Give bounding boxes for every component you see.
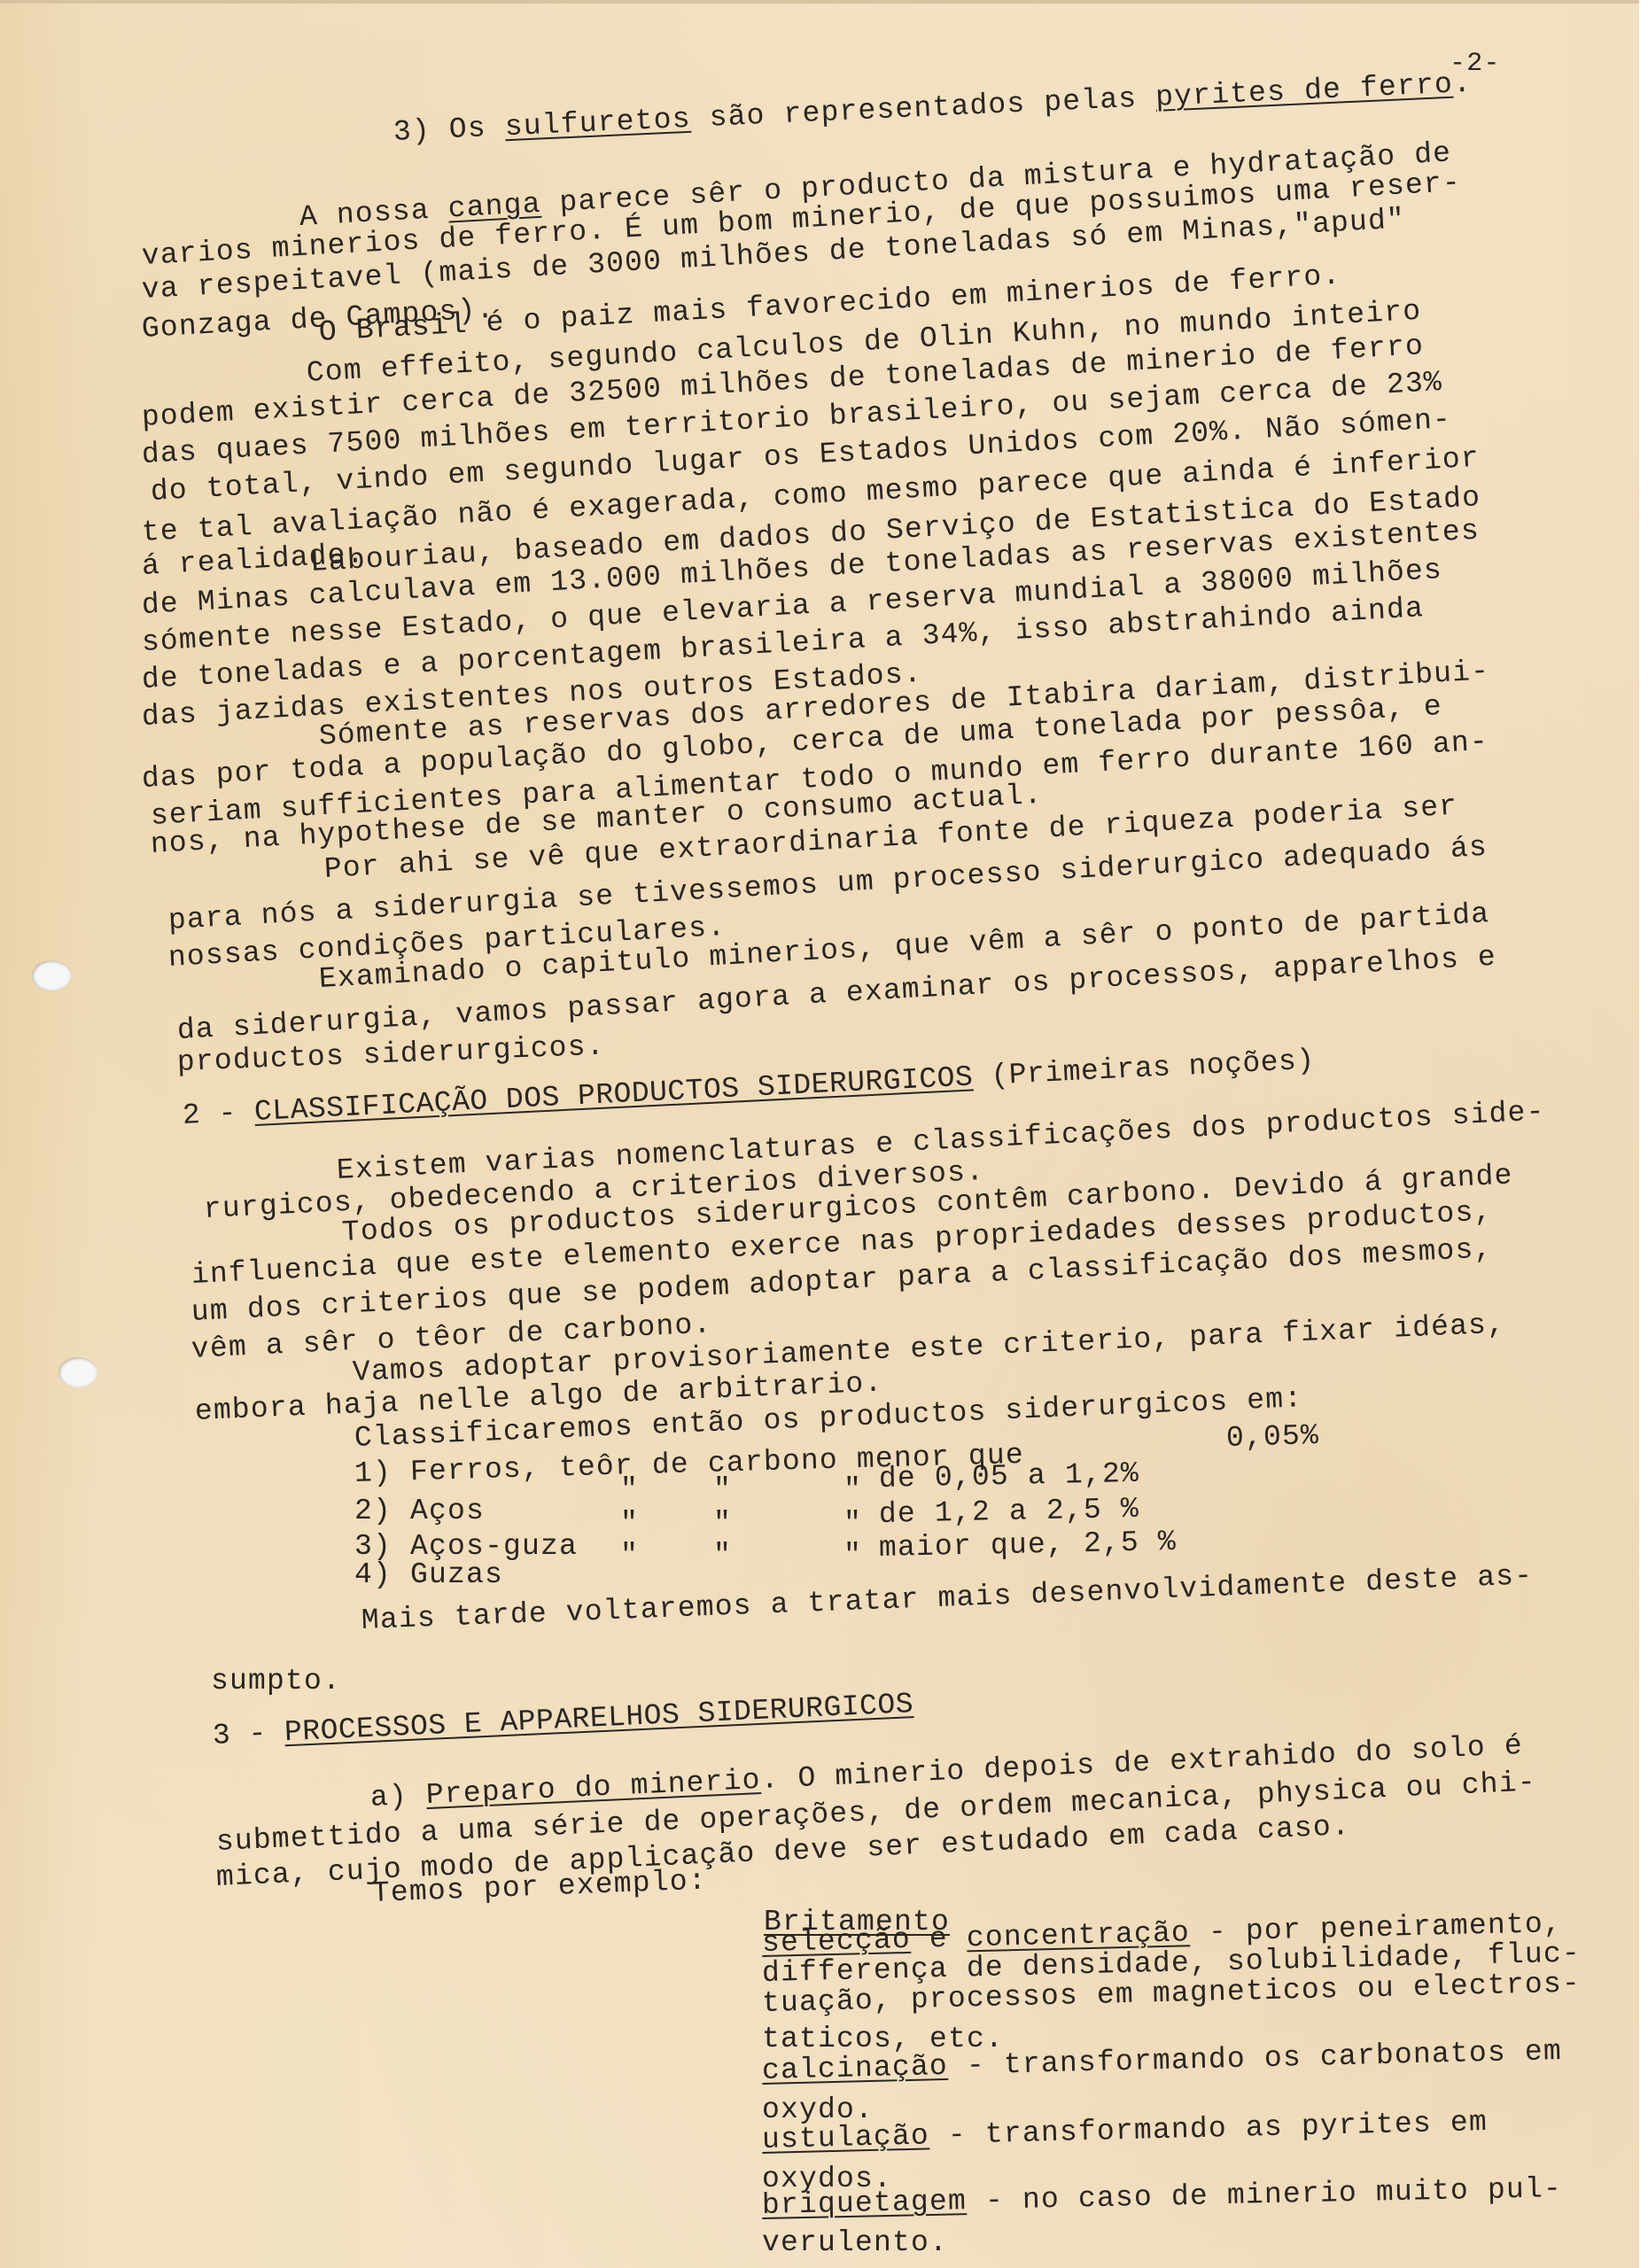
- punch-hole-lower: [58, 1357, 97, 1387]
- classification-ditto: " " ": [620, 1472, 862, 1508]
- classification-row-label: 2) Aços: [354, 1494, 485, 1529]
- punch-hole-upper: [32, 960, 71, 990]
- scan-background-edge: [1639, 0, 1648, 2268]
- classification-range: 0,05%: [1225, 1418, 1319, 1456]
- classification-range: de 0,05 a 1,2%: [879, 1456, 1140, 1497]
- classification-ditto: " " ": [620, 1506, 862, 1542]
- paragraph-line: sumpto.: [211, 1664, 341, 1699]
- term-sulfuretos: sulfuretos: [504, 103, 692, 144]
- classification-row-label: 4) Guzas: [354, 1557, 503, 1593]
- paper-top-edge: [0, 0, 1648, 4]
- example-desc-line: verulento.: [762, 2225, 948, 2261]
- classification-ditto: " " ": [620, 1538, 862, 1573]
- classification-range: maior que, 2,5 %: [879, 1525, 1178, 1566]
